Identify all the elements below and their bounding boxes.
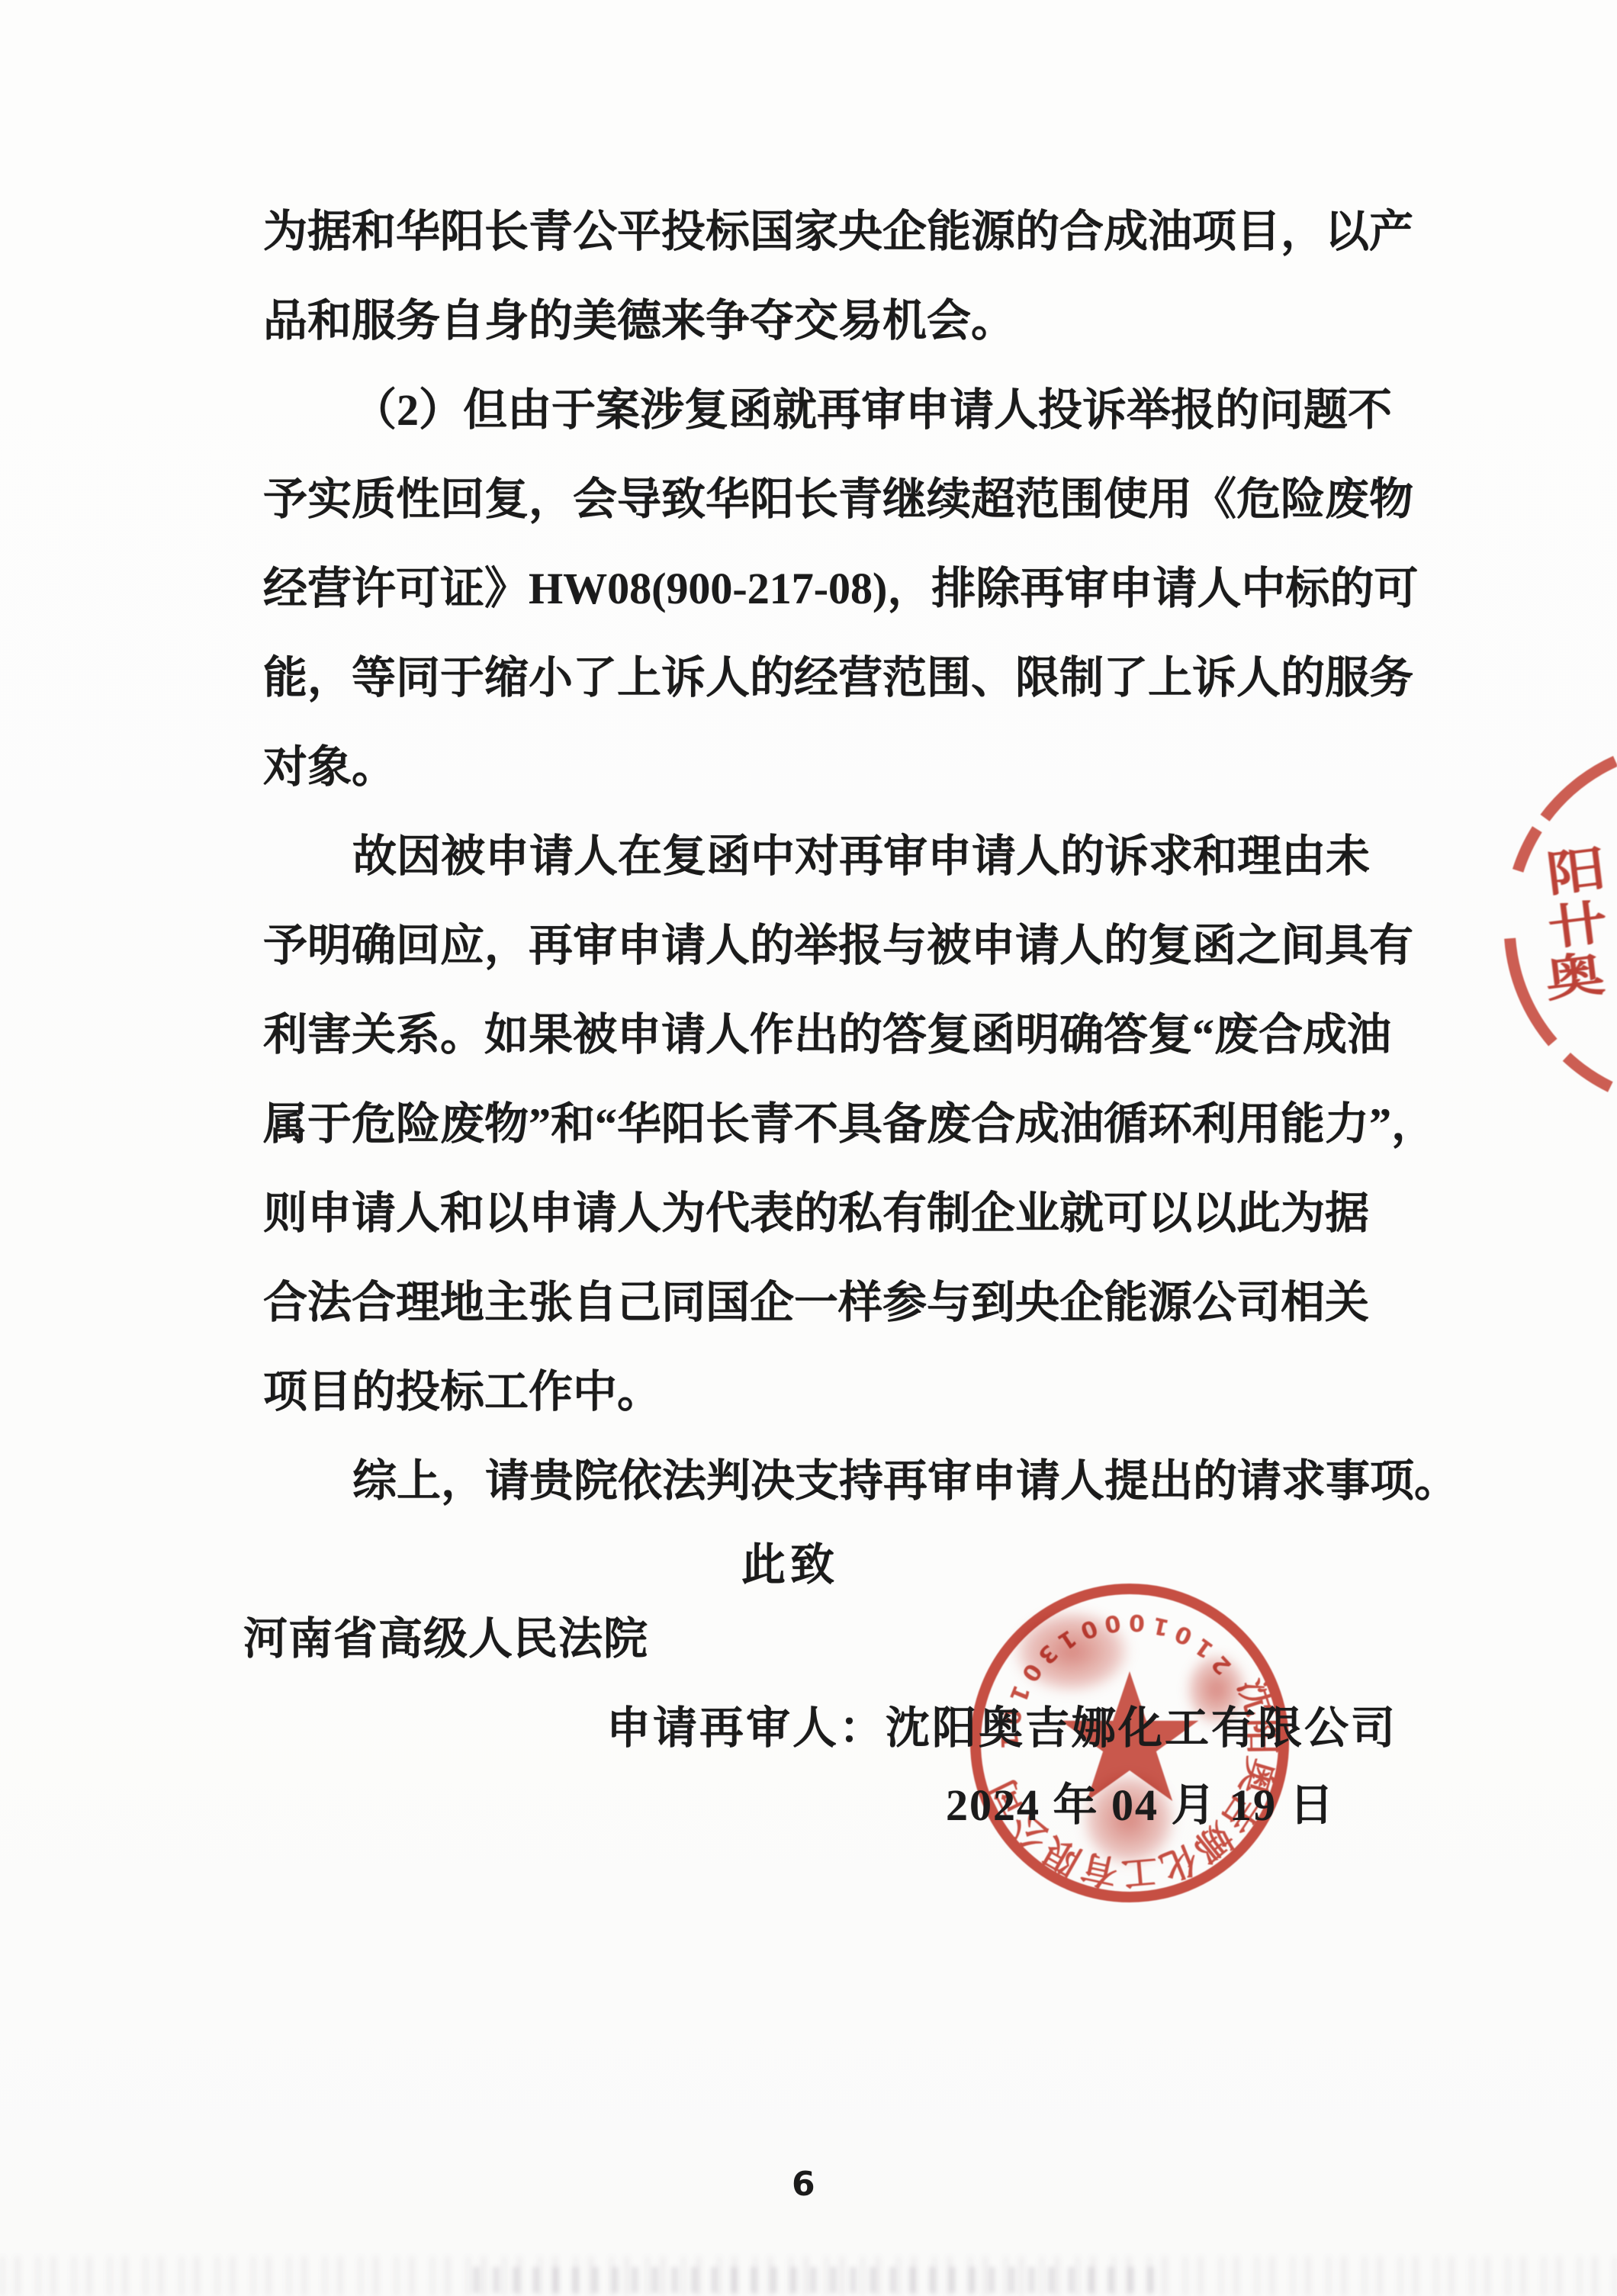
body-line: 利害关系。如果被申请人作出的答复函明确答复“废合成油 (263, 1010, 1391, 1060)
body-line: 故因被申请人在复函中对再审申请人的诉求和理由未 (263, 831, 1370, 882)
body-line: 予实质性回复，会导致华阳长青继续超范围使用《危险废物 (263, 474, 1413, 525)
page-number: 6 (792, 2165, 815, 2204)
closing-salute: 此致 (741, 1540, 839, 1590)
body-line: 合法合理地主张自己同国企一样参与到央企能源公司相关 (263, 1278, 1369, 1328)
body-line: 属于危险废物”和“华阳长青不具备废合成油循环利用能力”， (263, 1099, 1435, 1150)
body-line: 则申请人和以申请人为代表的私有制企业就可以以此为据 (263, 1188, 1369, 1239)
body-line: 品和服务自身的美德来争夺交易机会。 (263, 296, 1015, 346)
body-line: 经营许可证》HW08(900-217-08)，排除再审申请人中标的可 (263, 564, 1418, 614)
body-line: （2）但由于案涉复函就再审申请人投诉举报的问题不 (263, 385, 1392, 436)
seal-ink-smudge (992, 1594, 1152, 1709)
scan-ghosting-band (473, 2267, 1159, 2293)
body-line: 对象。 (263, 742, 396, 793)
body-line: 予明确回应，再审申请人的举报与被申请人的复函之间具有 (263, 921, 1413, 971)
body-line: 能，等同于缩小了上诉人的经营范围、限制了上诉人的服务 (263, 653, 1413, 703)
document-page: 为据和华阳长青公平投标国家央企能源的合成油项目，以产品和服务自身的美德来争夺交易… (0, 0, 1617, 2296)
date-line: 2024 年 04 月 19 日 (946, 1780, 1336, 1831)
addressee-court: 河南省高级人民法院 (243, 1614, 648, 1664)
body-line: 综上，请贵院依法判决支持再审申请人提出的请求事项。 (263, 1456, 1458, 1507)
body-line: 项目的投标工作中。 (263, 1367, 661, 1417)
applicant-signature-line: 申请再审人：沈阳奥吉娜化工有限公司 (606, 1703, 1397, 1754)
edge-seal-character: 奥 (1541, 936, 1608, 1011)
body-line: 为据和华阳长青公平投标国家央企能源的合成油项目，以产 (263, 207, 1413, 257)
